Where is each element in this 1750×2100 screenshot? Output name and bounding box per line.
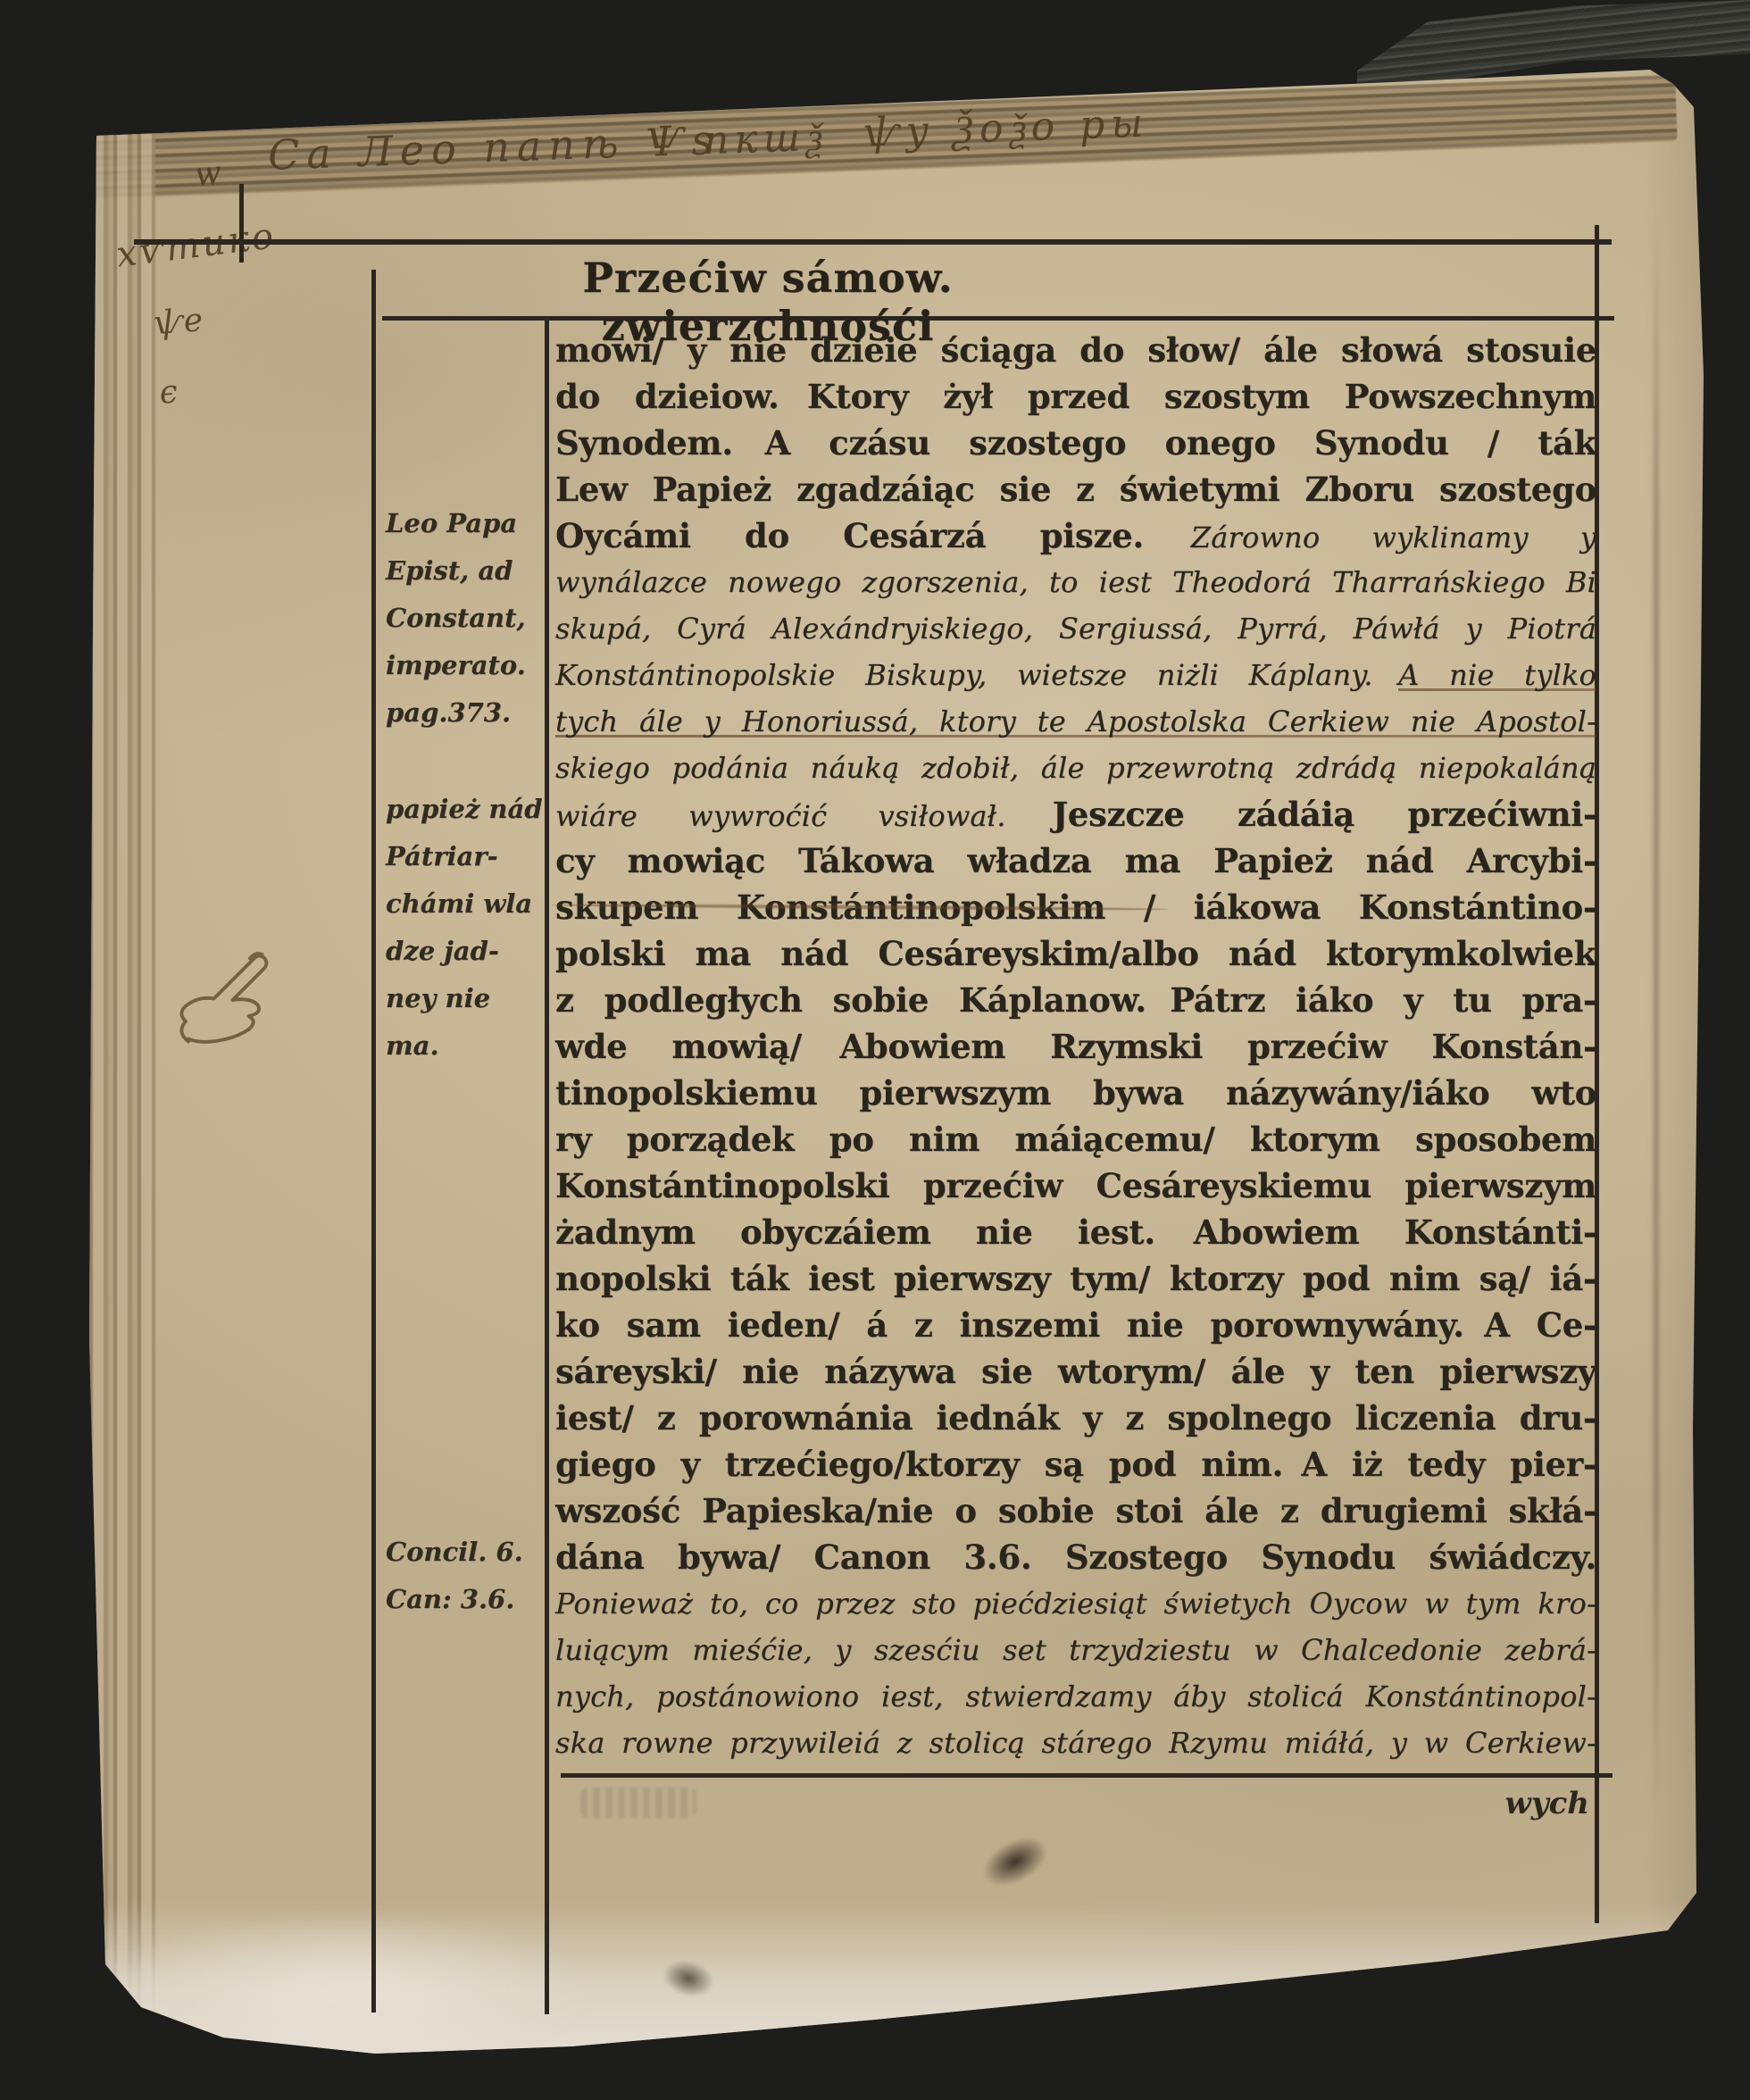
text-segment: ko sam ieden/ á z inszemi nie porownywán… — [555, 1305, 1464, 1345]
text-segment: nopolski ták iest pierwszy tym/ ktorzy p… — [555, 1259, 1596, 1298]
text-segment: z podległych sobie Káplanow. — [555, 980, 1146, 1020]
text-line: nopolski ták iest pierwszy tym/ ktorzy p… — [555, 1255, 1596, 1302]
catchword: wych — [1446, 1786, 1589, 1821]
text-segment: wde mowią/ — [555, 1027, 802, 1066]
text-line: wiáre wywroćić vsiłował. Jeszcze zádáią … — [555, 791, 1596, 837]
margin-note-line: chámi wla — [386, 880, 541, 928]
text-segment: mowi/ y nie dzieie ściąga do słow/ ále s… — [555, 330, 1596, 370]
text-column-left-rule — [545, 320, 549, 2014]
margin-column-left-rule — [371, 270, 376, 2012]
text-segment: sáreyski/ nie názywa sie wtorym/ ále y t… — [555, 1352, 1596, 1391]
text-line: Lew Papież zgadzáiąc sie z świetymi Zbor… — [555, 466, 1596, 512]
page-fold-shadow — [1654, 214, 1659, 1821]
text-segment: Oycámi do Cesárzá pisze. — [555, 516, 1144, 555]
margin-note-line: imperato. — [386, 642, 541, 689]
margin-note-line: Constant, — [386, 595, 541, 642]
margin-note-line: Pátriar- — [386, 833, 541, 880]
text-line: z podległych sobie Káplanow. Pátrz iáko … — [555, 977, 1596, 1023]
text-segment: skupá, Cyrá Alexándryiskiego, Sergiussá,… — [555, 612, 1596, 646]
margin-note-line: Can: 3.6. — [386, 1576, 541, 1623]
text-segment: A Ce- — [1484, 1305, 1596, 1345]
text-segment: Konstántinopolskie Biskupy, wietsze niżl… — [555, 658, 1373, 692]
text-segment: ska rowne przywileiá z stolicą stárego R… — [555, 1726, 1596, 1760]
text-line: skiego podánia náuką zdobił, ále przewro… — [555, 745, 1596, 791]
text-segment: wiáre wywroćić vsiłował. — [555, 799, 1006, 833]
text-segment: nych, postánowiono iest, stwierdzamy áby… — [555, 1679, 1596, 1713]
text-line: żadnym obyczáiem nie iest. Abowiem Konst… — [555, 1209, 1596, 1255]
margin-note-line: ma. — [386, 1022, 541, 1070]
margin-note-line: Leo Papa — [386, 500, 541, 547]
text-line: wynálazce nowego zgorszenia, to iest The… — [555, 559, 1596, 605]
handwritten-annotation-top-2: пкшѯ — [703, 114, 827, 164]
text-line: Konstántinopolskie Biskupy, wietsze niżl… — [555, 652, 1596, 698]
left-outer-rule — [239, 184, 244, 262]
page-paper: ѡ Са Лео папѣ Ѱѕ пкшѯ ѱу Ѯоѯо ры хѵтико … — [0, 0, 1750, 2100]
ink-smudge — [975, 1827, 1055, 1896]
text-line: dána bywa/ Canon 3.6. Szostego Synodu św… — [555, 1534, 1596, 1580]
text-block: mowi/ y nie dzieie ściąga do słow/ ále s… — [555, 327, 1596, 1766]
margin-note-line: Concil. 6. — [386, 1529, 541, 1576]
text-line: wszość Papieska/nie o sobie stoi ále z d… — [555, 1487, 1596, 1534]
text-line: Synodem. A czásu szostego onego Synodu /… — [555, 420, 1596, 466]
handwritten-flourish: ѡ — [194, 149, 222, 196]
page-corner-worn-area — [98, 1911, 598, 2071]
text-segment: tinopolskiemu pierwszym bywa názywány/iá… — [555, 1073, 1596, 1112]
scanned-book-page: ѡ Са Лео папѣ Ѱѕ пкшѯ ѱу Ѯоѯо ры хѵтико … — [0, 0, 1750, 2100]
text-segment: wynálazce nowego zgorszenia, to iest The… — [555, 565, 1596, 599]
text-line: sáreyski/ nie názywa sie wtorym/ ále y t… — [555, 1348, 1596, 1395]
text-segment: A nie tylko — [1398, 658, 1596, 692]
text-segment: Pátrz iáko y tu pra- — [1170, 980, 1596, 1020]
text-line: Oycámi do Cesárzá pisze. Zárowno wyklina… — [555, 512, 1596, 559]
margin-note-citation-leo-papa: Leo PapaEpist, adConstant,imperato.pag.3… — [386, 500, 541, 737]
text-line: skupá, Cyrá Alexándryiskiego, Sergiussá,… — [555, 605, 1596, 652]
text-segment: A czásu szostego onego Synodu / ták — [765, 423, 1596, 462]
text-line: Konstántinopolski przećiw Cesáreyskiemu … — [555, 1162, 1596, 1209]
text-line: ko sam ieden/ á z inszemi nie porownywán… — [555, 1302, 1596, 1348]
page-left-edge-layers — [84, 125, 155, 2018]
text-line: nych, postánowiono iest, stwierdzamy áby… — [555, 1673, 1596, 1720]
margin-note-line: dze jad- — [386, 928, 541, 975]
handwritten-letters-left: ѱе є — [153, 286, 211, 428]
text-segment: polski ma nád Cesáreyskim/albo nád ktory… — [555, 934, 1596, 973]
text-segment: Konstántinopolski przećiw Cesáreyskiemu … — [555, 1166, 1596, 1205]
text-segment: A iż tedy pier- — [1302, 1445, 1596, 1484]
text-line: ska rowne przywileiá z stolicą stárego R… — [555, 1720, 1596, 1766]
text-line: tinopolskiemu pierwszym bywa názywány/iá… — [555, 1070, 1596, 1116]
margin-note-line: ney nie — [386, 975, 541, 1022]
text-segment: żadnym obyczáiem nie iest. — [555, 1212, 1155, 1252]
text-segment: Zárowno wyklinamy y — [1191, 521, 1596, 554]
text-bottom-rule — [561, 1773, 1612, 1778]
handwritten-letter: ѱе — [153, 286, 205, 359]
text-line: polski ma nád Cesáreyskim/albo nád ktory… — [555, 930, 1596, 977]
margin-note-gloss-pope-patriarchs: papież nádPátriar-chámi wladze jad-ney n… — [386, 786, 541, 1070]
text-line: mowi/ y nie dzieie ściąga do słow/ ále s… — [555, 327, 1596, 373]
top-border-rule — [134, 239, 1612, 245]
text-segment: wszość Papieska/nie o sobie stoi ále z d… — [555, 1491, 1596, 1530]
margin-note-line: pag.373. — [386, 689, 541, 737]
text-line: luiącym mieśćie, y szesćiu set trzydzies… — [555, 1627, 1596, 1673]
text-segment: Ktory żył przed szostym Powszechnym — [807, 377, 1596, 416]
text-line: giego y trzećiego/ktorzy są pod nim. A i… — [555, 1441, 1596, 1487]
margin-note-citation-council: Concil. 6.Can: 3.6. — [386, 1529, 541, 1623]
handwritten-letter: є — [157, 355, 210, 429]
text-segment: Abowiem Konstánti- — [1194, 1212, 1596, 1252]
text-line: iest/ z porownánia iednák y z spolnego l… — [555, 1395, 1596, 1441]
text-segment: giego y trzećiego/ktorzy są pod nim. — [555, 1445, 1283, 1484]
text-line: tych ále y Honoriussá, ktory te Apostols… — [555, 698, 1596, 745]
text-line: do dzieiow. Ktory żył przed szostym Pows… — [555, 373, 1596, 420]
text-line: ry porządek po nim máiącemu/ ktorym spos… — [555, 1116, 1596, 1162]
text-segment: luiącym mieśćie, y szesćiu set trzydzies… — [555, 1633, 1596, 1667]
text-segment: tych ále y Honoriussá, ktory te Apostols… — [555, 704, 1596, 738]
text-segment: dána bywa/ Canon 3.6. Szostego Synodu św… — [555, 1537, 1596, 1577]
margin-note-line: papież nád — [386, 786, 541, 833]
text-segment: Ponieważ to, co przez sto piećdziesiąt ś… — [555, 1587, 1596, 1621]
text-segment: iest/ z porownánia iednák y z spolnego l… — [555, 1398, 1596, 1437]
manicule-annotation-icon — [170, 927, 304, 1079]
text-segment: Jeszcze zádáią przećiwni- — [1053, 795, 1596, 834]
text-segment: do dzieiow. — [555, 377, 779, 416]
text-line: wde mowią/ Abowiem Rzymski przećiw Konst… — [555, 1023, 1596, 1070]
text-line: Ponieważ to, co przez sto piećdziesiąt ś… — [555, 1580, 1596, 1627]
text-segment: skiego podánia náuką zdobił, ále przewro… — [555, 751, 1596, 785]
text-line: cy mowiąc Tákowa władza ma Papież nád Ar… — [555, 837, 1596, 884]
show-through-mark — [580, 1787, 696, 1818]
margin-note-line: Epist, ad — [386, 547, 541, 595]
text-segment: Abowiem Rzymski przećiw Konstán- — [839, 1027, 1596, 1066]
text-segment: cy mowiąc Tákowa władza ma Papież nád Ar… — [555, 841, 1596, 880]
text-segment: Synodem. — [555, 423, 733, 462]
text-segment: Lew Papież zgadzáiąc sie z świetymi Zbor… — [555, 470, 1596, 509]
text-segment: ry porządek po nim máiącemu/ ktorym spos… — [555, 1120, 1596, 1159]
